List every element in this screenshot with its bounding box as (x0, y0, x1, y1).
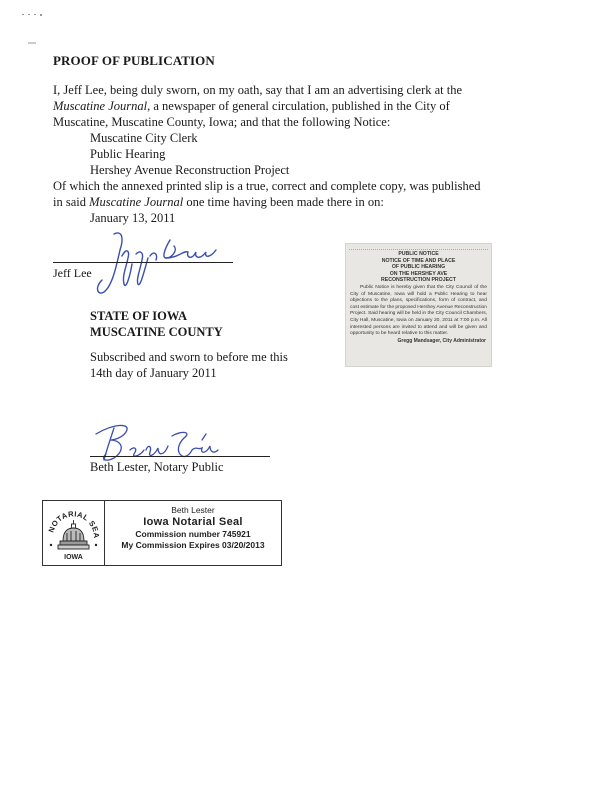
document-heading: PROOF OF PUBLICATION (53, 53, 215, 69)
iowa-notarial-seal-icon: NOTARIAL SEAL IOWA (43, 501, 104, 565)
scan-speck (28, 42, 36, 44)
seal-emblem-cell: NOTARIAL SEAL IOWA (43, 501, 105, 565)
affidavit-line: Of which the annexed printed slip is a t… (53, 178, 493, 194)
clipping-body: Public Notice is hereby given that the C… (346, 284, 491, 338)
seal-commission-expiry: My Commission Expires 03/20/2013 (105, 540, 281, 551)
notice-item: Hershey Avenue Reconstruction Project (53, 162, 493, 178)
notary-signature-line (90, 456, 270, 457)
clipping-header-strip (349, 244, 488, 250)
newspaper-clipping: PUBLIC NOTICE NOTICE OF TIME AND PLACE O… (345, 243, 492, 367)
venue: STATE OF IOWA MUSCATINE COUNTY (90, 308, 223, 340)
notary-signature-label: Beth Lester, Notary Public (90, 460, 224, 475)
affidavit-line: I, Jeff Lee, being duly sworn, on my oat… (53, 82, 493, 98)
venue-county: MUSCATINE COUNTY (90, 324, 223, 340)
affiant-signature-line (53, 262, 233, 263)
scan-specks (22, 14, 62, 16)
publication-date: January 13, 2011 (53, 210, 493, 226)
newspaper-name: Muscatine Journal (53, 99, 147, 113)
affidavit-line: Muscatine Journal, a newspaper of genera… (53, 98, 493, 114)
seal-commission-number: Commission number 745921 (105, 529, 281, 540)
clipping-title: PUBLIC NOTICE NOTICE OF TIME AND PLACE O… (346, 251, 491, 284)
notice-item: Muscatine City Clerk (53, 130, 493, 146)
signature-beth-lester-icon (92, 420, 222, 465)
affidavit-line: Muscatine, Muscatine County, Iowa; and t… (53, 114, 493, 130)
affidavit-line: in said Muscatine Journal one time havin… (53, 194, 493, 210)
notarial-seal-stamp: NOTARIAL SEAL IOWA Beth Lester Iowa Nota… (42, 500, 282, 566)
seal-title: Iowa Notarial Seal (105, 516, 281, 529)
clipping-signer: Gregg Mandsager, City Administrator (346, 338, 491, 345)
newspaper-name: Muscatine Journal (89, 195, 183, 209)
seal-text: Beth Lester Iowa Notarial Seal Commissio… (105, 505, 281, 551)
notice-item: Public Hearing (53, 146, 493, 162)
seal-ring-bottom: IOWA (64, 554, 83, 561)
affiant-name: Jeff Lee (53, 266, 92, 281)
affidavit-text: I, Jeff Lee, being duly sworn, on my oat… (53, 82, 493, 226)
signature-jeff-lee-icon (92, 228, 222, 298)
seal-notary-name: Beth Lester (105, 505, 281, 516)
venue-state: STATE OF IOWA (90, 308, 223, 324)
jurat: Subscribed and sworn to before me this 1… (90, 349, 288, 381)
